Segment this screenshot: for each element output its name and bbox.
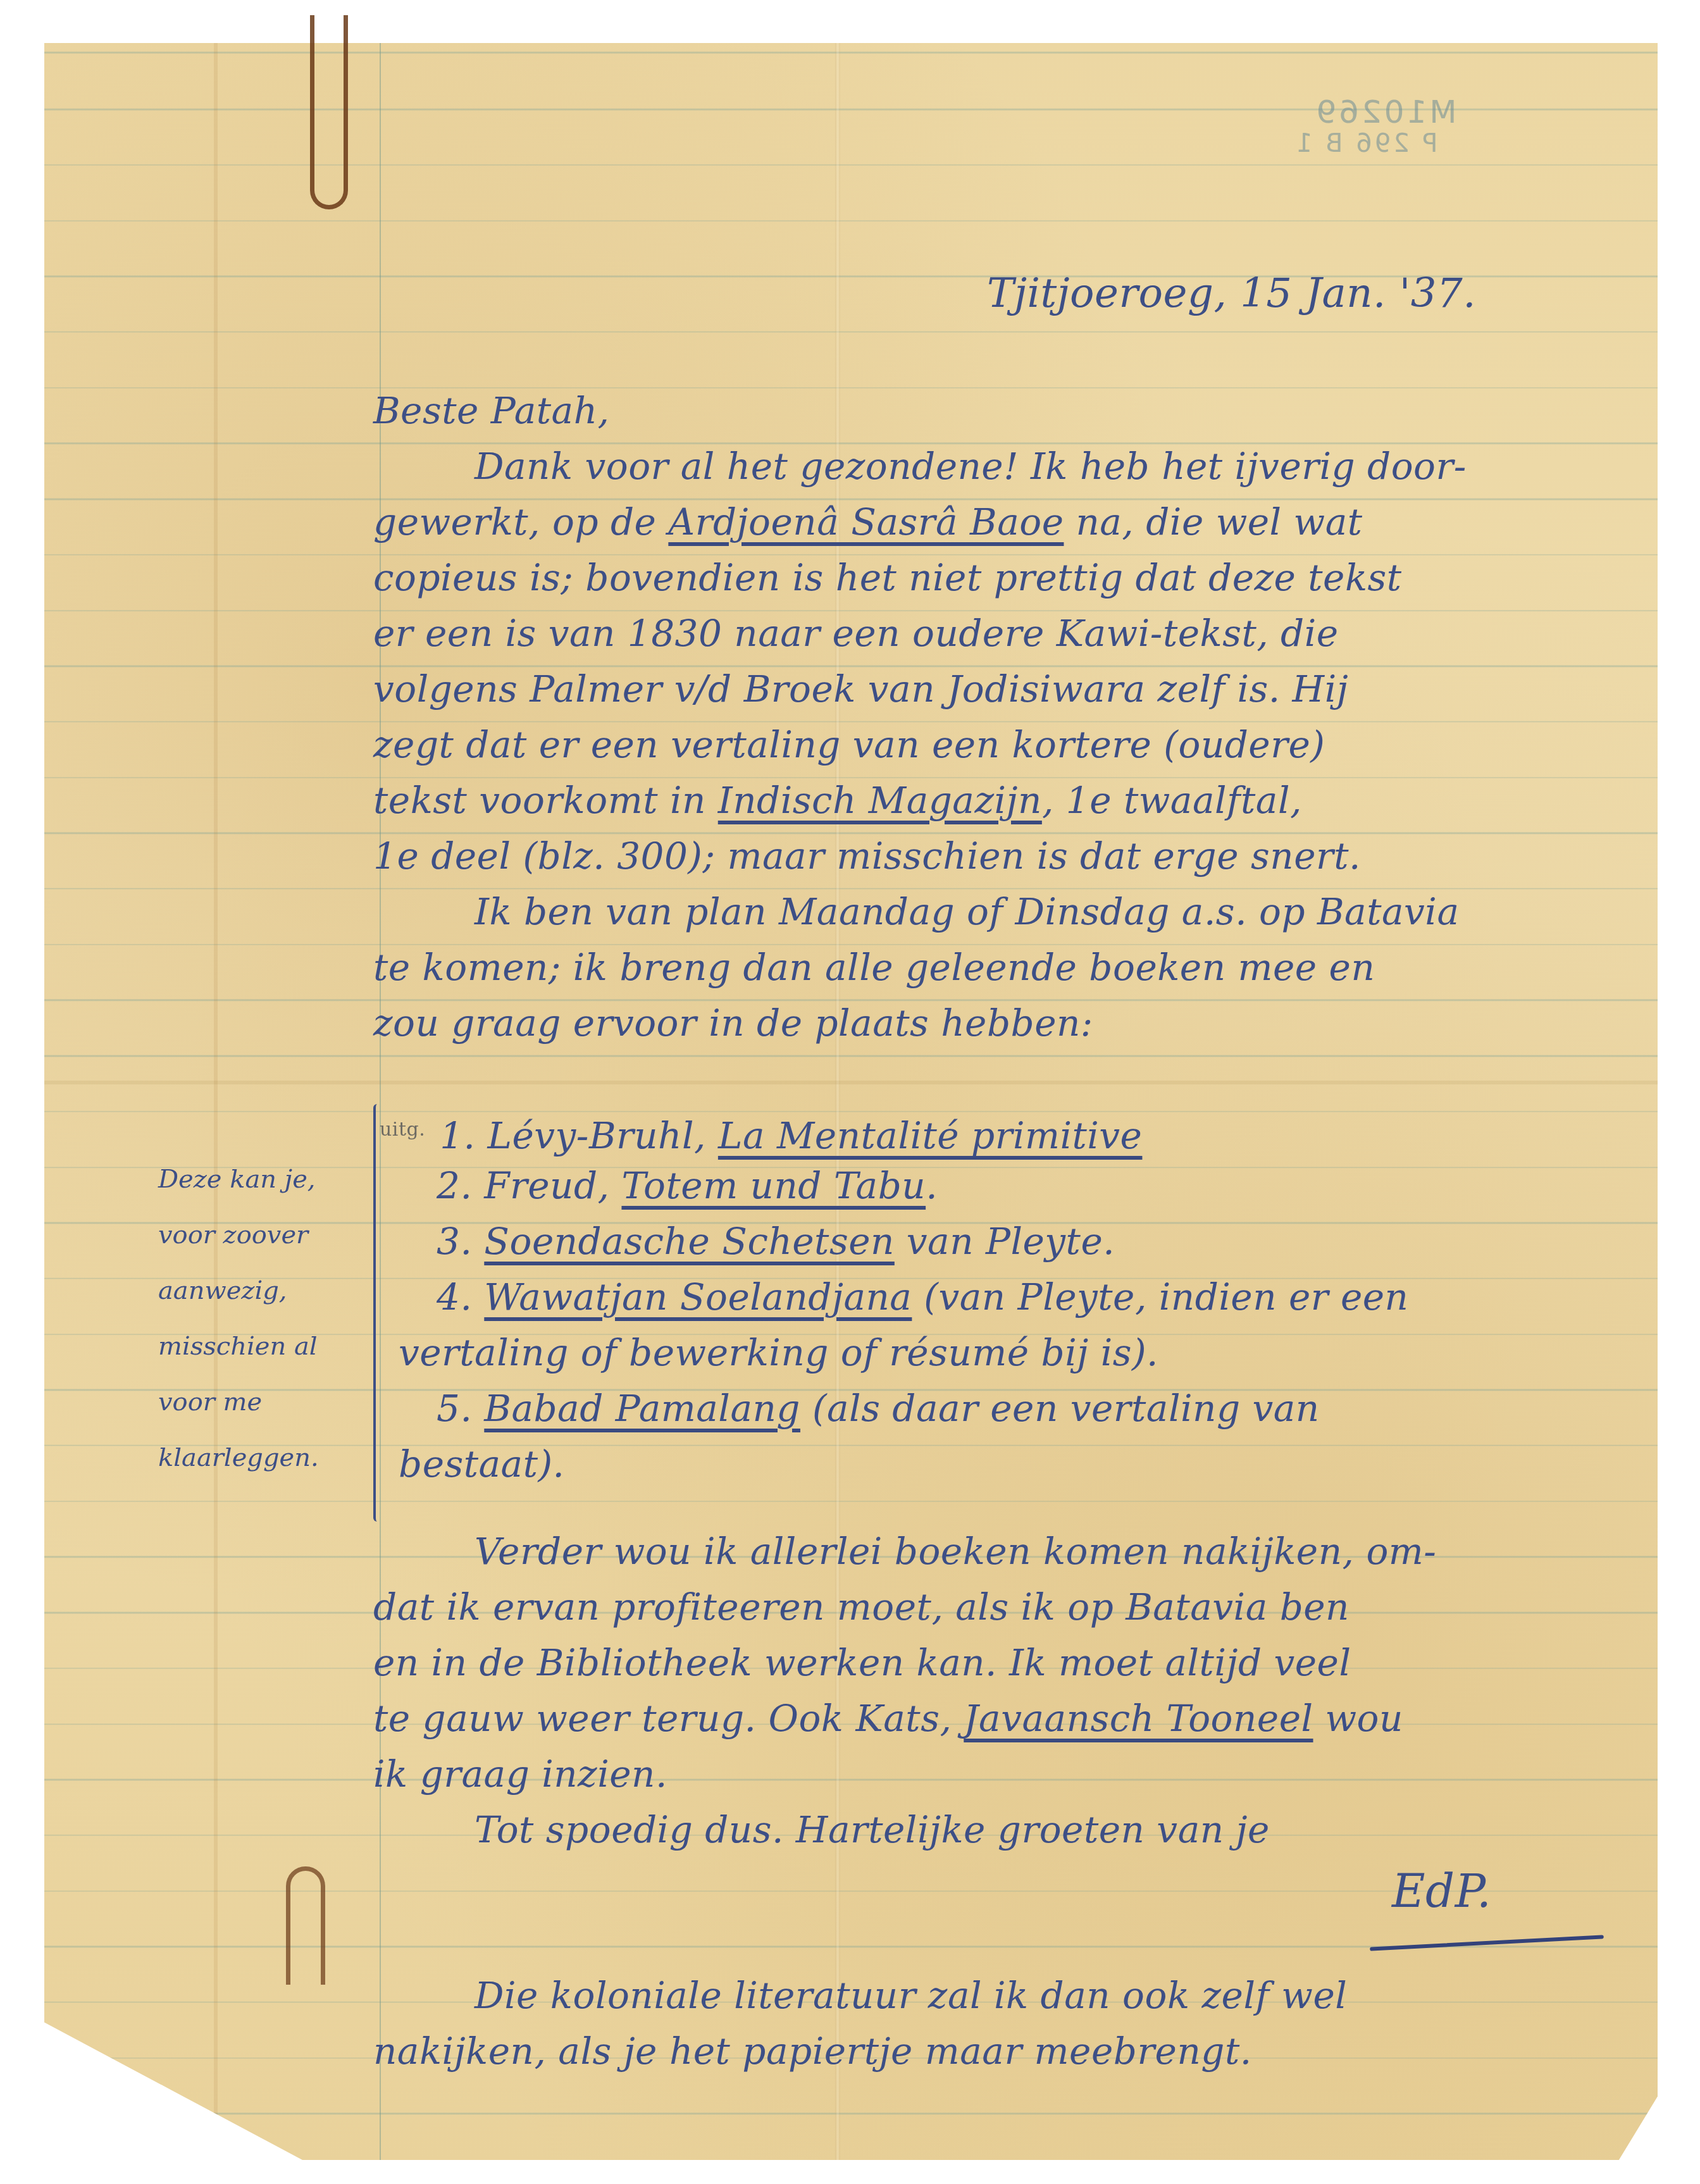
margin-note-line: voor zoover xyxy=(158,1207,319,1263)
body-line: zou graag ervoor in de plaats hebben: xyxy=(373,995,1467,1051)
margin-note-line: aanwezig, xyxy=(158,1263,319,1318)
underlined-title: Ardjoenâ Sasrâ Baoe xyxy=(668,500,1064,543)
closing-line: dat ik ervan profiteeren moet, als ik op… xyxy=(373,1579,1436,1635)
date-line: Tjitjoeroeg, 15 Jan. '37. xyxy=(987,266,1476,321)
salutation: Beste Patah, xyxy=(373,383,609,438)
body-line: volgens Palmer v/d Broek van Jodisiwara … xyxy=(373,661,1467,717)
letter-body: Dank voor al het gezondene! Ik heb het i… xyxy=(373,438,1467,1051)
book-list-item: 3. Soendasche Schetsen van Pleyte. xyxy=(380,1213,1408,1269)
margin-note-line: misschien al xyxy=(158,1318,319,1374)
body-line: te komen; ik breng dan alle geleende boe… xyxy=(373,940,1467,995)
book-list-item: uitg. 1. Lévy-Bruhl, La Mentalité primit… xyxy=(380,1102,1408,1158)
book-list-item: 4. Wawatjan Soelandjana (van Pleyte, ind… xyxy=(380,1269,1408,1325)
book-list-continuation: vertaling of bewerking of résumé bij is)… xyxy=(380,1325,1408,1381)
margin-note-line: voor me xyxy=(158,1374,319,1430)
margin-note-line: klaarleggen. xyxy=(158,1430,319,1486)
underlined-title: La Mentalité primitive xyxy=(718,1114,1143,1157)
closing-line: ik graag inzien. xyxy=(373,1746,1436,1802)
archive-number: M10269 xyxy=(1294,95,1457,130)
postscript-line: Die koloniale literatuur zal ik dan ook … xyxy=(373,1968,1347,2023)
underlined-title: Wawatjan Soelandjana xyxy=(484,1275,912,1318)
archive-reference: P 296 B 1 xyxy=(1294,130,1438,158)
postscript: Die koloniale literatuur zal ik dan ook … xyxy=(373,1968,1347,2079)
archive-stamp: M10269 P 296 B 1 xyxy=(1294,95,1457,158)
book-list: uitg. 1. Lévy-Bruhl, La Mentalité primit… xyxy=(380,1102,1408,1492)
underlined-title: Soendasche Schetsen xyxy=(484,1220,895,1263)
body-line: copieus is; bovendien is het niet pretti… xyxy=(373,550,1467,605)
book-list-item: 2. Freud, Totem und Tabu. xyxy=(380,1158,1408,1213)
left-fold-crease xyxy=(214,43,218,2160)
book-list-continuation: bestaat). xyxy=(380,1436,1408,1492)
closing-line: Verder wou ik allerlei boeken komen naki… xyxy=(373,1523,1436,1579)
closing-line: te gauw weer terug. Ook Kats, Javaansch … xyxy=(373,1691,1436,1746)
body-line: zegt dat er een vertaling van een korter… xyxy=(373,717,1467,772)
signature: EdP. xyxy=(1392,1863,1491,1919)
underlined-title: Javaansch Tooneel xyxy=(964,1697,1313,1740)
margin-note: Deze kan je, voor zoover aanwezig, missc… xyxy=(158,1151,319,1486)
closing-paragraph: Verder wou ik allerlei boeken komen naki… xyxy=(373,1523,1436,1858)
body-line: tekst voorkomt in Indisch Magazijn, 1e t… xyxy=(373,772,1467,828)
body-line: Dank voor al het gezondene! Ik heb het i… xyxy=(373,438,1467,494)
paperclip-rust-stain-bottom xyxy=(286,1866,325,1985)
body-line: er een is van 1830 naar een oudere Kawi-… xyxy=(373,605,1467,661)
closing-line: en in de Bibliotheek werken kan. Ik moet… xyxy=(373,1635,1436,1691)
horizontal-fold-crease xyxy=(44,1081,1658,1084)
body-line: Ik ben van plan Maandag of Dinsdag a.s. … xyxy=(373,884,1467,940)
margin-note-line: Deze kan je, xyxy=(158,1151,319,1207)
body-line: 1e deel (blz. 300); maar misschien is da… xyxy=(373,828,1467,884)
underlined-title: Indisch Magazijn xyxy=(718,779,1042,822)
underlined-title: Totem und Tabu xyxy=(621,1164,926,1207)
body-line: gewerkt, op de Ardjoenâ Sasrâ Baoe na, d… xyxy=(373,494,1467,550)
book-list-item: 5. Babad Pamalang (als daar een vertalin… xyxy=(380,1381,1408,1436)
underlined-title: Babad Pamalang xyxy=(484,1387,800,1430)
pencil-annotation: uitg. xyxy=(380,1119,425,1141)
postscript-line: nakijken, als je het papiertje maar meeb… xyxy=(373,2023,1347,2079)
paperclip-rust-stain-top xyxy=(310,15,348,209)
closing-line: Tot spoedig dus. Hartelijke groeten van … xyxy=(373,1802,1436,1858)
